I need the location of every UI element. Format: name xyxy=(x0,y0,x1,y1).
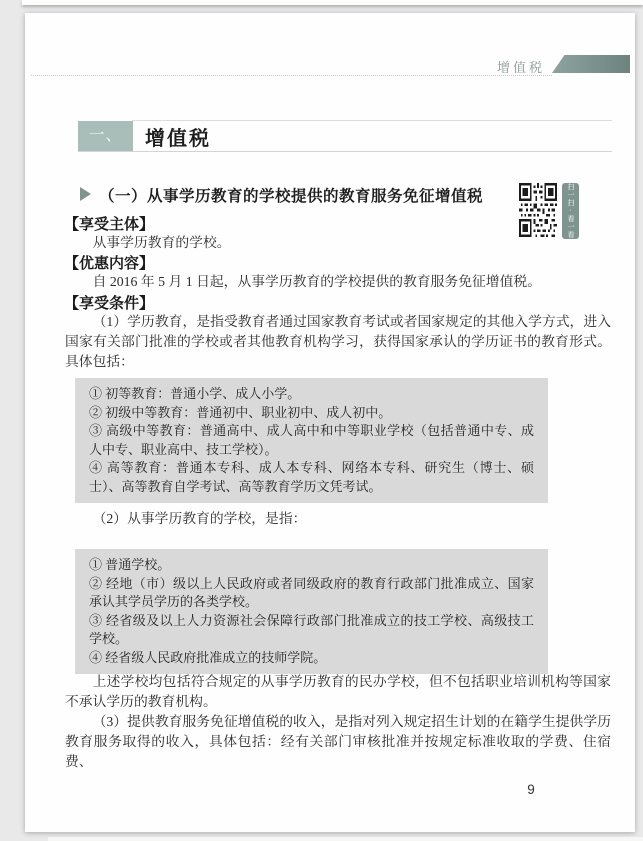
paragraph-condition-1: （1）学历教育，是指受教育者通过国家教育考试或者国家规定的其他入学方式，进入国家… xyxy=(65,312,611,372)
previous-page-edge xyxy=(22,0,643,5)
highlight-box-education-levels: ① 初等教育：普通小学、成人小学。 ② 初级中等教育：普通初中、职业初中、成人初… xyxy=(75,378,548,503)
qr-caption-tab: 扫一扫·看一看 xyxy=(562,183,579,239)
scanned-book-page: { "page": { "running_header": "增值税", "pa… xyxy=(0,0,643,841)
section-number-badge: 一、 xyxy=(78,121,133,151)
subsection-title: （一）从事学历教育的学校提供的教育服务免征增值税 xyxy=(99,184,529,206)
heading-subject: 【享受主体】 xyxy=(64,213,154,234)
heading-benefit: 【优惠内容】 xyxy=(64,252,154,273)
qr-code xyxy=(519,183,557,237)
section-title: 增值税 xyxy=(145,122,211,151)
paragraph-subject: 从事学历教育的学校。 xyxy=(65,233,611,253)
page-number: 9 xyxy=(521,782,541,797)
box-item: ① 初等教育：普通小学、成人小学。 xyxy=(89,385,534,404)
header-divider xyxy=(31,75,552,76)
box-item: ③ 高级中等教育：普通高中、成人高中和中等职业学校（包括普通中专、成人中专、职业… xyxy=(89,422,534,459)
section-rule-top xyxy=(132,120,612,121)
heading-condition: 【享受条件】 xyxy=(64,292,154,313)
paragraph-condition-3: （3）提供教育服务免征增值税的收入，是指对列入规定招生计划的在籍学生提供学历教育… xyxy=(65,712,611,772)
section-rule-bottom xyxy=(78,151,612,152)
paragraph-benefit: 自 2016 年 5 月 1 日起，从事学历教育的学校提供的教育服务免征增值税。 xyxy=(65,272,611,292)
box-item: ① 普通学校。 xyxy=(89,556,534,575)
paragraph-condition-2: （2）从事学历教育的学校，是指： xyxy=(65,509,611,529)
box-item: ③ 经省级及以上人力资源社会保障行政部门批准成立的技工学校、高级技工学校。 xyxy=(89,612,534,649)
book-page: 增值税 一、 增值税 （一）从事学历教育的学校提供的教育服务免征增值税 xyxy=(25,13,635,832)
header-tab-shape xyxy=(552,55,630,73)
box-item: ④ 经省级人民政府批准成立的技师学院。 xyxy=(89,649,534,668)
paragraph-note: 上述学校均包括符合规定的从事学历教育的民办学校，但不包括职业培训机构等国家不承认… xyxy=(65,672,611,712)
box-item: ② 初级中等教育：普通初中、职业初中、成人初中。 xyxy=(89,404,534,423)
highlight-box-school-types: ① 普通学校。 ② 经地（市）级以上人民政府或者同级政府的教育行政部门批准成立、… xyxy=(75,549,548,674)
box-item: ④ 高等教育：普通本专科、成人本专科、网络本专科、研究生（博士、硕士）、高等教育… xyxy=(89,459,534,496)
qr-caption-text: 扫一扫·看一看 xyxy=(567,183,574,239)
next-page-edge xyxy=(48,837,643,841)
box-item: ② 经地（市）级以上人民政府或者同级政府的教育行政部门批准成立、国家承认其学员学… xyxy=(89,575,534,612)
triangle-marker-icon xyxy=(80,187,91,201)
running-header: 增值税 xyxy=(430,57,545,76)
